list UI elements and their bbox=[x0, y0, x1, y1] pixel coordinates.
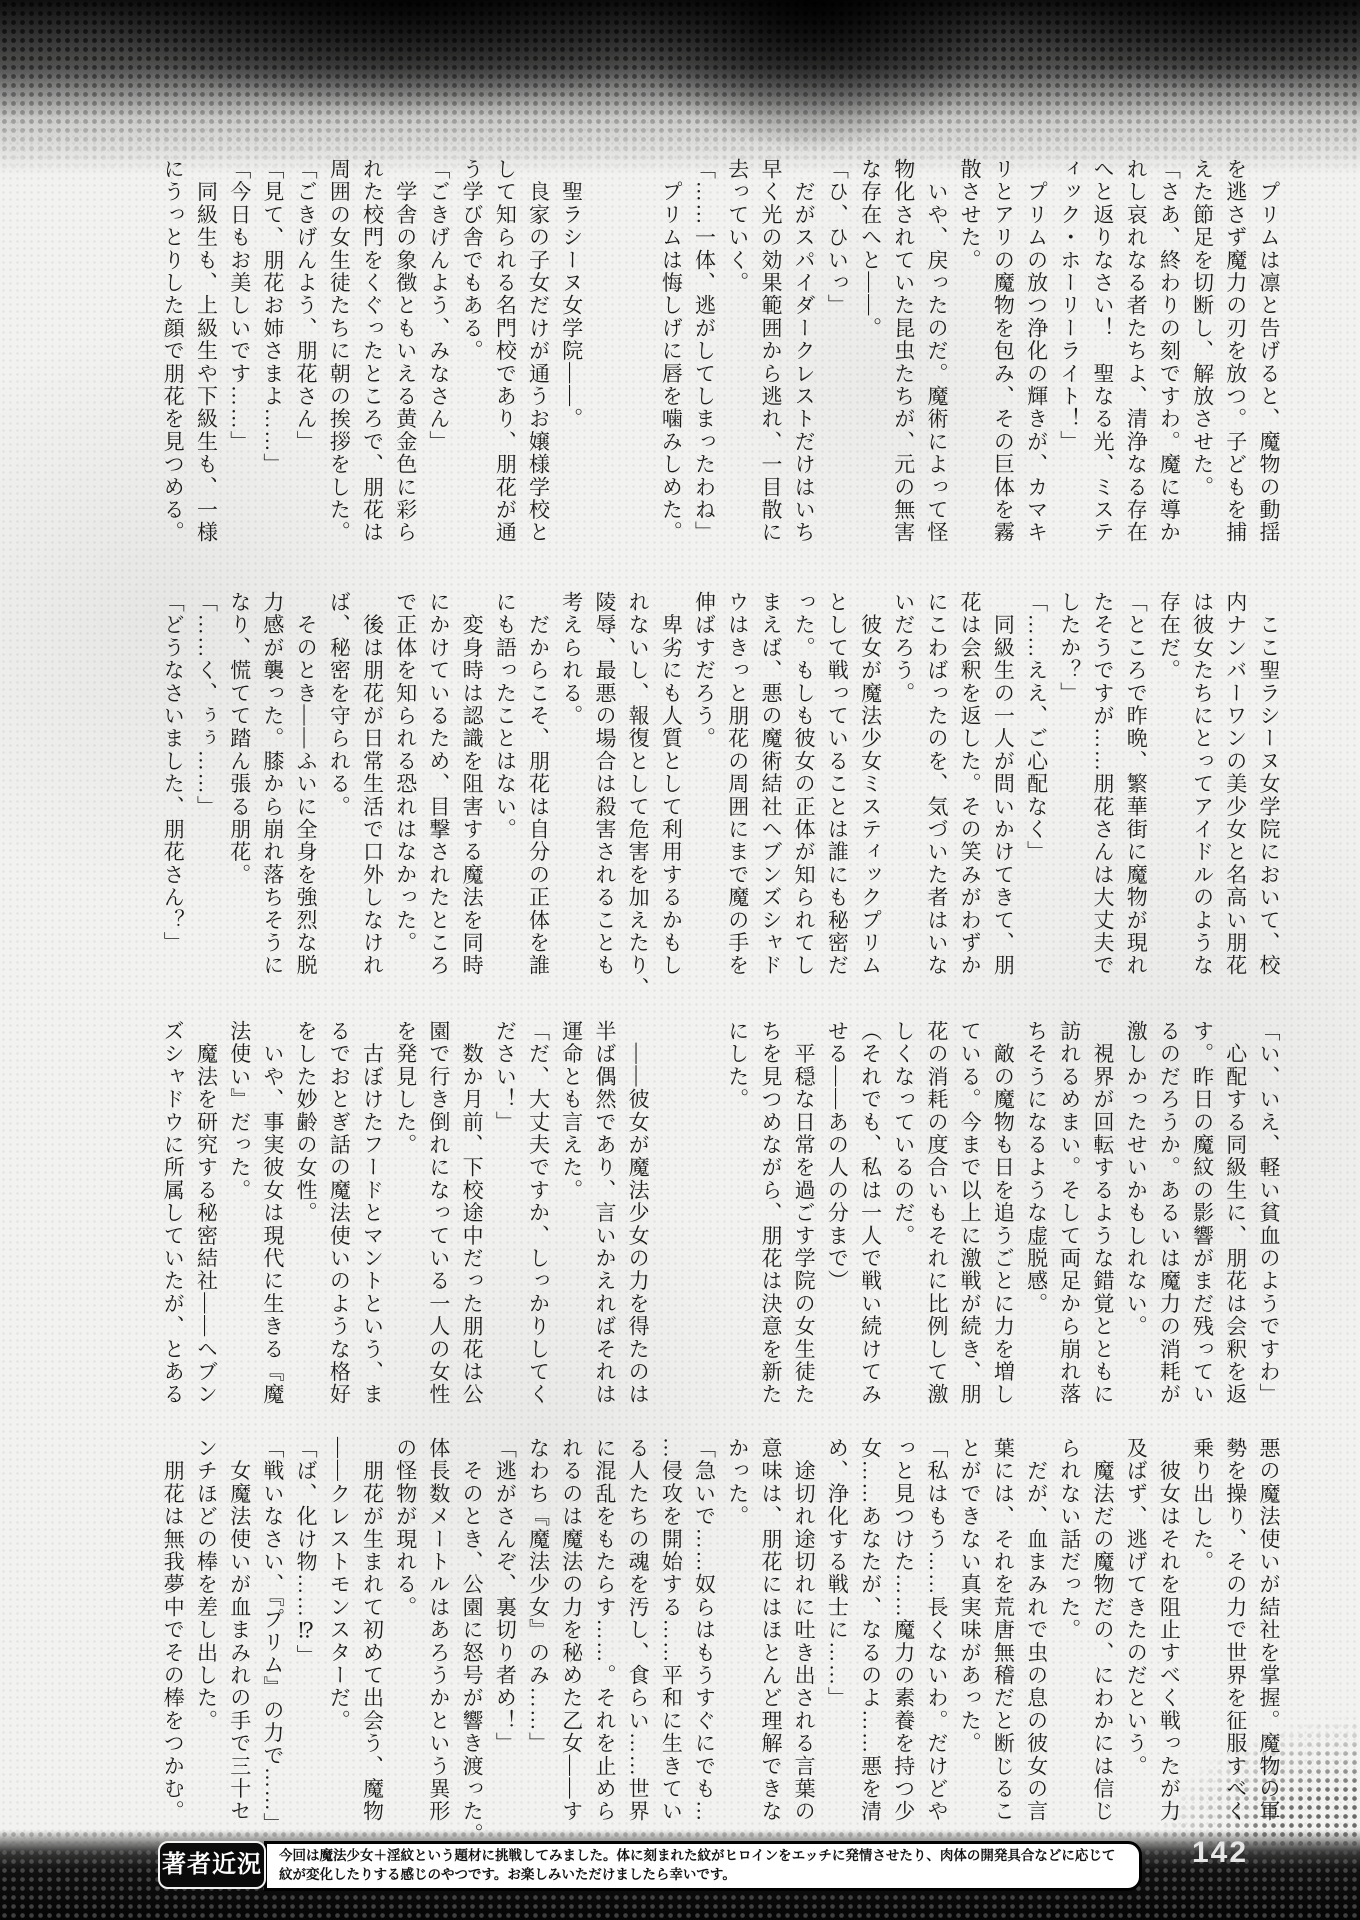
text-line: なわち『魔法少女』のみ……」 bbox=[521, 1437, 554, 1823]
text-line: 伸ばすだろう。 bbox=[687, 591, 720, 977]
text-line: 数か月前、下校途中だった朋花は公 bbox=[455, 1020, 488, 1406]
text-line: しくなっているのだ。 bbox=[887, 1020, 920, 1406]
text-line: 女……あなたが、なるのよ……悪を清 bbox=[853, 1437, 886, 1823]
text-line: った。もしも彼女の正体が知られてし bbox=[787, 591, 820, 977]
text-line: だがスパイダークレストだけはいち bbox=[787, 158, 820, 544]
text-line: れし哀れなる者たちよ、清浄なる存在 bbox=[1119, 158, 1152, 544]
text-line: にうっとりした顔で朋花を見つめる。 bbox=[156, 158, 189, 544]
text-line: 古ぼけたフードとマントという、ま bbox=[355, 1020, 388, 1406]
text-line: ちを見つめながら、朋花は決意を新た bbox=[754, 1020, 787, 1406]
text-line: ィック・ホーリーライト！」 bbox=[1053, 158, 1086, 544]
text-line: の怪物が現れる。 bbox=[389, 1437, 422, 1823]
text-line: 「見て、朋花お姉さまよ……」 bbox=[256, 158, 289, 544]
text-line: 「い、いえ、軽い貧血のようですわ」 bbox=[1252, 1020, 1285, 1406]
text-line: 散させた。 bbox=[953, 158, 986, 544]
text-line: として戦っていることは誰にも秘密だ bbox=[820, 591, 853, 977]
text-line: にこわばったのを、気づいた者はいな bbox=[920, 591, 953, 977]
text-line: ウはきっと朋花の周囲にまで魔の手を bbox=[721, 591, 754, 977]
text-line: ――彼女が魔法少女の力を得たのは bbox=[621, 1020, 654, 1406]
text-line: そのとき――ふいに全身を強烈な脱 bbox=[289, 591, 322, 977]
text-line: 「さあ、終わりの刻ですわ。魔に導か bbox=[1152, 158, 1185, 544]
text-line: プリムは悔しげに唇を噛みしめた。 bbox=[654, 158, 687, 544]
author-note-line-1: 今回は魔法少女＋淫紋という題材に挑戦してみました。体に刻まれた紋がヒロインをエッ… bbox=[279, 1846, 1129, 1865]
text-line: 「今日もお美しいです……」 bbox=[223, 158, 256, 544]
text-line: 陵辱、最悪の場合は殺害されることも bbox=[588, 591, 621, 977]
text-line: プリムは凛と告げると、魔物の動揺 bbox=[1252, 158, 1285, 544]
text-line: 「ところで昨晩、繁華街に魔物が現れ bbox=[1119, 591, 1152, 977]
text-line: 「どうなさいました、朋花さん？」 bbox=[156, 591, 189, 977]
text-line: いや、戻ったのだ。魔術によって怪 bbox=[920, 158, 953, 544]
text-line: にかけているため、目撃されたところ bbox=[422, 591, 455, 977]
text-line: れないし、報復として危害を加えたり、 bbox=[621, 591, 654, 977]
text-line: 花の消耗の度合いもそれに比例して激 bbox=[920, 1020, 953, 1406]
text-line: 去っていく。 bbox=[721, 158, 754, 544]
text-line: 激しかったせいかもしれない。 bbox=[1119, 1020, 1152, 1406]
text-line: 学舎の象徴ともいえる黄金色に彩ら bbox=[389, 158, 422, 544]
text-line: 半ば偶然であり、言いかえればそれは bbox=[588, 1020, 621, 1406]
text-line: 平穏な日常を過ごす学院の女生徒た bbox=[787, 1020, 820, 1406]
text-line: かった。 bbox=[721, 1437, 754, 1823]
text-line: とができない真実味があった。 bbox=[953, 1437, 986, 1823]
text-line bbox=[654, 1020, 687, 1406]
text-line: 途切れ途切れに吐き出される言葉の bbox=[787, 1437, 820, 1823]
text-line: れた校門をくぐったところで、朋花は bbox=[355, 158, 388, 544]
text-line: 運命とも言えた。 bbox=[555, 1020, 588, 1406]
text-line: 内ナンバーワンの美少女と名高い朋花 bbox=[1219, 591, 1252, 977]
text-line: 「……ええ、ご心配なく」 bbox=[1019, 591, 1052, 977]
text-line: 意味は、朋花にはほとんど理解できな bbox=[754, 1437, 787, 1823]
text-line: そのとき、公園に怒号が響き渡った。 bbox=[455, 1437, 488, 1823]
text-line: ――クレストモンスターだ。 bbox=[322, 1437, 355, 1823]
text-line: して知られる名門校であり、朋花が通 bbox=[488, 158, 521, 544]
text-line: 「だ、大丈夫ですか、しっかりしてく bbox=[521, 1020, 554, 1406]
text-line: 同級生の一人が問いかけてきて、朋 bbox=[986, 591, 1019, 977]
text-line: ださい！」 bbox=[488, 1020, 521, 1406]
text-line: るでおとぎ話の魔法使いのような格好 bbox=[322, 1020, 355, 1406]
text-line: 早く光の効果範囲から逃れ、一目散に bbox=[754, 158, 787, 544]
text-line: 女魔法使いが血まみれの手で三十セ bbox=[223, 1437, 256, 1823]
text-line: プリムの放つ浄化の輝きが、カマキ bbox=[1019, 158, 1052, 544]
text-line: 法使い』だった。 bbox=[223, 1020, 256, 1406]
text-line: 敵の魔物も日を追うごとに力を増し bbox=[986, 1020, 1019, 1406]
text-line: だが、血まみれで虫の息の彼女の言 bbox=[1019, 1437, 1052, 1823]
text-line: 「戦いなさい、『プリム』の力で……」 bbox=[256, 1437, 289, 1823]
text-line: 「ごきげんよう、みなさん」 bbox=[422, 158, 455, 544]
text-line: 「急いで……奴らはもうすぐにでも… bbox=[687, 1437, 720, 1823]
text-line: を逃さず魔力の刃を放つ。子どもを捕 bbox=[1219, 158, 1252, 544]
text-line: 聖ラシーヌ女学院――。 bbox=[555, 158, 588, 544]
text-line: 後は朋花が日常生活で口外しなけれ bbox=[355, 591, 388, 977]
text-line: 「ごきげんよう、朋花さん」 bbox=[289, 158, 322, 544]
author-note-label: 著者近況 bbox=[158, 1841, 266, 1889]
text-line: 園で行き倒れになっている一人の女性 bbox=[422, 1020, 455, 1406]
text-line: 考えられる。 bbox=[555, 591, 588, 977]
text-line: をした妙齢の女性。 bbox=[289, 1020, 322, 1406]
text-line: に混乱をもたらす……。それを止めら bbox=[588, 1437, 621, 1823]
text-line: ズシャドウに所属していたが、とある bbox=[156, 1020, 189, 1406]
text-line: …侵攻を開始する……平和に生きてい bbox=[654, 1437, 687, 1823]
text-line: 「ば、化け物……⁉」 bbox=[289, 1437, 322, 1823]
text-line bbox=[687, 1020, 720, 1406]
text-line: 卑劣にも人質として利用するかもし bbox=[654, 591, 687, 977]
text-line: るのだろうか。あるいは魔力の消耗が bbox=[1152, 1020, 1185, 1406]
page-number: 142 bbox=[1192, 1836, 1248, 1870]
text-line: 存在だ。 bbox=[1152, 591, 1185, 977]
text-line: ちそうになるような虚脱感。 bbox=[1019, 1020, 1052, 1406]
text-line: 朋花は無我夢中でその棒をつかむ。 bbox=[156, 1437, 189, 1823]
text-line: なり、慌てて踏ん張る朋花。 bbox=[223, 591, 256, 977]
text-line: ンチほどの棒を差し出した。 bbox=[189, 1437, 222, 1823]
halftone-dots bbox=[0, 0, 1360, 175]
text-line: を発見した。 bbox=[389, 1020, 422, 1406]
text-line: 良家の子女だけが通うお嬢様学校と bbox=[521, 158, 554, 544]
book-page: プリムは凛と告げると、魔物の動揺を逃さず魔力の刃を放つ。子どもを捕えた節足を切断… bbox=[0, 0, 1360, 1920]
text-line: 体長数メートルはあろうかという異形 bbox=[422, 1437, 455, 1823]
text-band-2: ここ聖ラシーヌ女学院において、校内ナンバーワンの美少女と名高い朋花は彼女たちにと… bbox=[155, 591, 1285, 977]
text-line: たそうですが……朋花さんは大丈夫で bbox=[1086, 591, 1119, 977]
text-line: 物化されていた昆虫たちが、元の無害 bbox=[887, 158, 920, 544]
text-line: したか？」 bbox=[1053, 591, 1086, 977]
text-line: 花は会釈を返した。その笑みがわずか bbox=[953, 591, 986, 977]
text-line: な存在へと――。 bbox=[853, 158, 886, 544]
text-line: 訪れるめまい。そして両足から崩れ落 bbox=[1053, 1020, 1086, 1406]
text-line: す。昨日の魔紋の影響がまだ残ってい bbox=[1185, 1020, 1218, 1406]
text-line: 「私はもう……長くないわ。だけどや bbox=[920, 1437, 953, 1823]
text-line: にも語ったことはない。 bbox=[488, 591, 521, 977]
text-line: 同級生も、上級生や下級生も、一様 bbox=[189, 158, 222, 544]
text-line: ここ聖ラシーヌ女学院において、校 bbox=[1252, 591, 1285, 977]
text-line: へと返りなさい！ 聖なる光、ミステ bbox=[1086, 158, 1119, 544]
text-line: まえば、悪の魔術結社ヘブンズシャド bbox=[754, 591, 787, 977]
text-line: 心配する同級生に、朋花は会釈を返 bbox=[1219, 1020, 1252, 1406]
text-line: 「……一体、逃がしてしまったわね」 bbox=[687, 158, 720, 544]
text-line: にした。 bbox=[721, 1020, 754, 1406]
text-line: 魔法を研究する秘密結社――ヘブン bbox=[189, 1020, 222, 1406]
text-line: 朋花が生まれて初めて出会う、魔物 bbox=[355, 1437, 388, 1823]
text-line: ば、秘密を守られる。 bbox=[322, 591, 355, 977]
text-line: 葉には、それを荒唐無稽だと断じるこ bbox=[986, 1437, 1019, 1823]
text-line: う学び舎でもある。 bbox=[455, 158, 488, 544]
text-line: いだろう。 bbox=[887, 591, 920, 977]
author-note-line-2: 紋が変化したりする感じのやつです。お楽しみいただけましたら幸いです。 bbox=[279, 1865, 1129, 1884]
text-line bbox=[621, 158, 654, 544]
text-line: 「……く、ぅぅ……」 bbox=[189, 591, 222, 977]
text-line: 力感が襲った。膝から崩れ落ちそうに bbox=[256, 591, 289, 977]
text-line: は彼女たちにとってアイドルのような bbox=[1185, 591, 1218, 977]
text-line: 「逃がさんぞ、裏切り者め！」 bbox=[488, 1437, 521, 1823]
text-line: れるのは魔法の力を秘めた乙女――す bbox=[555, 1437, 588, 1823]
text-line: 視界が回転するような錯覚とともに bbox=[1086, 1020, 1119, 1406]
text-line: 周囲の女生徒たちに朝の挨拶をした。 bbox=[322, 158, 355, 544]
text-line: っと見つけた……魔力の素養を持つ少 bbox=[887, 1437, 920, 1823]
text-line: る人たちの魂を汚し、食らい……世界 bbox=[621, 1437, 654, 1823]
text-line: め、浄化する戦士に……」 bbox=[820, 1437, 853, 1823]
text-line: 「ひ、ひいっ」 bbox=[820, 158, 853, 544]
header-halftone-decoration bbox=[0, 0, 1360, 175]
text-line: せる――あの人の分まで） bbox=[820, 1020, 853, 1406]
text-line: 彼女が魔法少女ミスティックプリム bbox=[853, 591, 886, 977]
text-band-1: プリムは凛と告げると、魔物の動揺を逃さず魔力の刃を放つ。子どもを捕えた節足を切断… bbox=[155, 158, 1285, 544]
text-line: だからこそ、朋花は自分の正体を誰 bbox=[521, 591, 554, 977]
text-line: えた節足を切断し、解放させた。 bbox=[1185, 158, 1218, 544]
text-line: ている。今まで以上に激戦が続き、朋 bbox=[953, 1020, 986, 1406]
text-line: 変身時は認識を阻害する魔法を同時 bbox=[455, 591, 488, 977]
text-line: リとアリの魔物を包み、その巨体を霧 bbox=[986, 158, 1019, 544]
text-line: （それでも、私は一人で戦い続けてみ bbox=[853, 1020, 886, 1406]
text-band-3: 「い、いえ、軽い貧血のようですわ」 心配する同級生に、朋花は会釈を返す。昨日の魔… bbox=[155, 1020, 1285, 1406]
text-line: で正体を知られる恐れはなかった。 bbox=[389, 591, 422, 977]
text-line: いや、事実彼女は現代に生きる『魔 bbox=[256, 1020, 289, 1406]
author-note-text-box: 今回は魔法少女＋淫紋という題材に挑戦してみました。体に刻まれた紋がヒロインをエッ… bbox=[264, 1841, 1142, 1891]
text-line bbox=[588, 158, 621, 544]
